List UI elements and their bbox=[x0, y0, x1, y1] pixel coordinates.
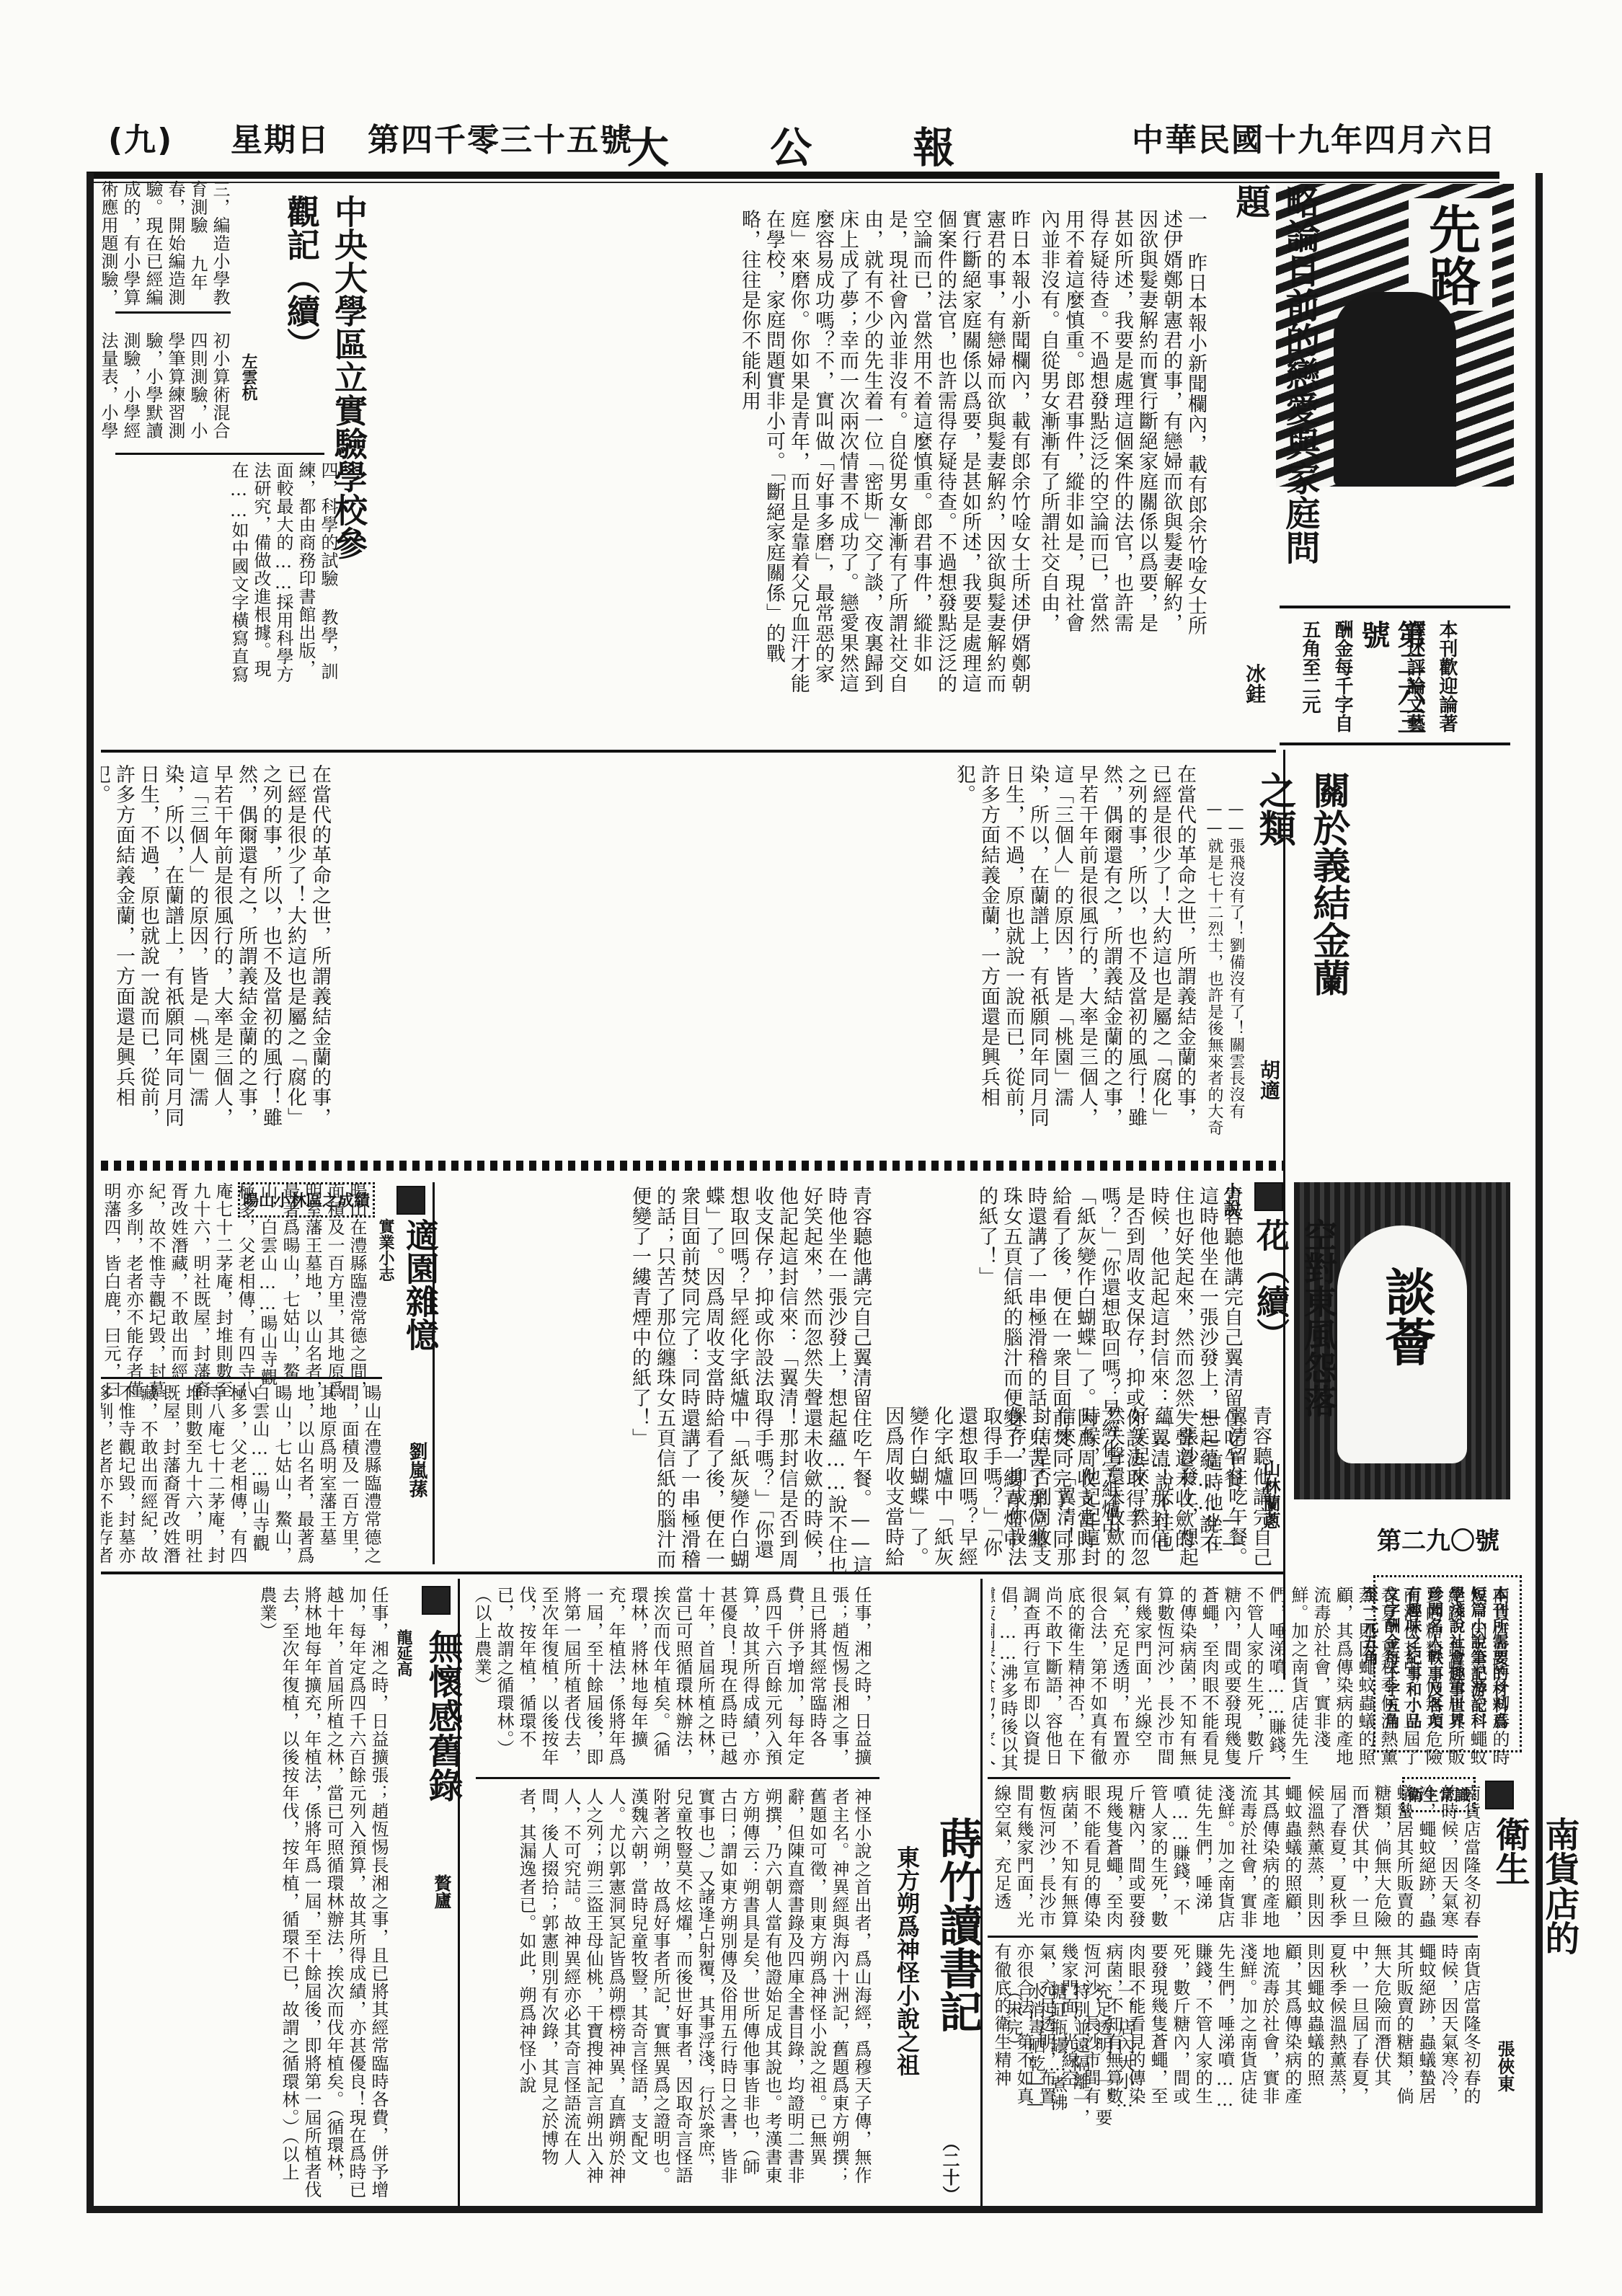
yijie-epigraph-2: ——就是七十二烈士，也許是後無來者的大奇蹟， bbox=[1204, 800, 1226, 1139]
divider bbox=[115, 453, 324, 455]
shiyuan-body: 暘山在澧縣臨澧常德之間，面積及一百方里，其地原爲明室藩王墓地，以山名者，最著爲暘… bbox=[101, 1182, 368, 1399]
divider bbox=[988, 1936, 1478, 1938]
xianlu-author: 冰銈 bbox=[1240, 663, 1269, 704]
page-frame-left bbox=[87, 173, 94, 2213]
section-number: 一 bbox=[1184, 209, 1207, 229]
section-badge-icon bbox=[422, 1586, 451, 1615]
issue-number: 第四千零三十五號 bbox=[368, 114, 633, 160]
reading-notes-column-title: 蒔竹讀書記 bbox=[926, 1817, 988, 2134]
tanhui-art-title: 談薈 bbox=[1366, 1262, 1448, 1371]
masthead-rule-thin bbox=[87, 182, 1499, 183]
xianlu-article-body-continued: 昨日本報小新聞欄內，載有郎余竹唫女士所述伊婿鄭朝憲君的事，有戀婦而欲與髮妻解約，… bbox=[339, 209, 1031, 699]
yijie-article-title: 關於義結金蘭之類 bbox=[1247, 771, 1355, 1009]
tanhui-story-body-continued: 青容聽他講完自己翼清留住吃午餐。——這時他坐在一張沙發上，想起蘊……說不住也好笑… bbox=[883, 1406, 1272, 1572]
weekday: 星期日 bbox=[231, 114, 330, 160]
section-badge-icon bbox=[1254, 1182, 1283, 1211]
shiyuan-body-continued: 暘山在澧縣臨澧常德之間，面積及一百方里，其地原爲明室藩王墓地，以山名者，最著爲暘… bbox=[101, 1384, 382, 1564]
masthead-rule bbox=[87, 172, 1499, 179]
yijie-epigraph-1: ——張飛沒有了！劉備沒有了！關雲長沒有了！ bbox=[1226, 800, 1247, 1139]
xianlu-notice-line3: 酬金每千字自 bbox=[1326, 620, 1358, 743]
wuhuai-second-author: 贅廬 bbox=[429, 1874, 454, 1909]
page-frame-bottom bbox=[87, 2206, 1543, 2213]
tanhui-issue-number: 第二九〇號 bbox=[1377, 1521, 1499, 1556]
xianlu-notice-line1: 本刊歡迎論著 bbox=[1431, 620, 1463, 743]
figure-silhouette-icon bbox=[1334, 292, 1456, 487]
page-number: (九) bbox=[108, 114, 173, 160]
divider bbox=[476, 1777, 879, 1779]
wuhuai-body: 任事，湘之時，日益擴張；趙恆惕長湘之事，且已將其經常臨時各費，併予增加，每年定爲… bbox=[101, 1586, 389, 2199]
date: 中華民國十九年四月六日 bbox=[1132, 114, 1497, 160]
divider bbox=[988, 1777, 1290, 1779]
newspaper-page: (九) 星期日 第四千零三十五號 大 公 報 中華民國十九年四月六日 先路 本刊… bbox=[0, 0, 1622, 2296]
xianlu-issue-number: 第二六三號 bbox=[1355, 620, 1427, 743]
reading-notes-article-title: 東方朔爲神怪小說之祖 bbox=[890, 1845, 923, 2076]
masthead: (九) 星期日 第四千零三十五號 大 公 報 中華民國十九年四月六日 bbox=[108, 108, 1543, 166]
reading-notes-installment: （二十） bbox=[937, 2134, 962, 2203]
ornamental-diamond-divider bbox=[101, 1161, 1283, 1171]
shiyuan-subtitle: 實業小志 bbox=[375, 1218, 397, 1282]
column-divider bbox=[980, 1579, 983, 2206]
divider bbox=[101, 1377, 382, 1379]
cu-author: 左雲杭 bbox=[238, 353, 260, 401]
hygiene-rules: 一，店內大小…充足透明。一，要特別並遠隔離一，糖缸瓶罎…煮沸水消毒晒乾——（未完… bbox=[991, 1982, 1135, 2127]
wuhuai-title: 無懷感舊錄 bbox=[418, 1629, 468, 1874]
yijie-article-body-continued: 在當代的革命之世，所謂義結金蘭的事，已經是很少了！大約這也是屬之「腐化」之列的事… bbox=[101, 764, 332, 1139]
cu-section-3: 三，編造小學教育測驗 九年春，開始編造測驗。現在已經編成的，有小學算術應用題測驗… bbox=[101, 180, 231, 317]
divider bbox=[101, 1572, 1283, 1574]
tanhui-story-body-more: 青容聽他講完自己翼清留住吃午餐。——這時他坐在一張沙發上，想起蘊……說不住也好笑… bbox=[447, 1186, 872, 1575]
cu-section-3-continued: 初小算術混合四則測驗，小學筆算練習測驗，小學默讀測驗，小學經法量表，小學正書量表… bbox=[101, 332, 231, 447]
xianlu-notice-line4: 五角至二元 bbox=[1294, 620, 1326, 743]
divider bbox=[1280, 606, 1510, 608]
divider bbox=[115, 311, 231, 314]
yijie-article-body: 在當代的革命之世，所謂義結金蘭的事，已經是很少了！大約這也是屬之「腐化」之列的事… bbox=[339, 764, 1197, 1139]
cu-section-4: 四，科學的試驗 教學，訓練，都由商務印書館出版，面較最大的……採用科學方法研究，… bbox=[101, 461, 339, 685]
yijie-author: 胡適 bbox=[1254, 1060, 1283, 1100]
xianlu-article-body: 一 昨日本報小新聞欄內，載有郎余竹唫女士所述伊婿鄭朝憲君的事，有戀婦而欲與髮妻解… bbox=[1042, 209, 1207, 649]
wuhuai-author: 龍延高 bbox=[393, 1629, 415, 1677]
shiyuan-author: 劉嵐蓀 bbox=[404, 1442, 430, 1498]
paper-name: 大 公 報 bbox=[627, 114, 998, 174]
shiyuan-title: 適園雜憶 bbox=[396, 1218, 444, 1384]
divider bbox=[101, 750, 1276, 753]
xianlu-article-title: 略論目前的戀愛與家庭問題 bbox=[1226, 184, 1325, 588]
divider bbox=[1280, 743, 1510, 745]
hygiene-title: 南貨店的衛生 bbox=[1485, 1817, 1585, 1961]
hygiene-author: 張俠東 bbox=[1492, 2040, 1517, 2092]
section-badge-icon bbox=[396, 1186, 425, 1215]
reading-notes-body: 神怪小說之首出者，爲山海經，爲穆天子傳，無作者主名。神異經與海內十洲記，舊題爲東… bbox=[469, 1788, 872, 2191]
section-badge-icon bbox=[1485, 1781, 1514, 1809]
column-divider bbox=[1283, 750, 1285, 1680]
wuhuai-body-continued: 任事，湘之時，日益擴張；趙恆惕長湘之事，且已將其經常臨時各費，併予增加，每年定爲… bbox=[469, 1586, 872, 1773]
hygiene-body: 南貨店當隆冬初春的時候，因天氣寒冷，蠅蚊絕跡，蟲蟻蟄居其所販賣的糖類，倘無大危險… bbox=[991, 1784, 1481, 1928]
hygiene-body-top: 南貨店當隆冬初春的時候，因天氣寒冷，蠅蚊絕跡，蟲蟻蟄居其所販賣的糖類，倘無大危險… bbox=[991, 1586, 1510, 1773]
xianlu-body-text: 昨日本報小新聞欄內，載有郎余竹唫女士所述伊婿鄭朝憲君的事，有戀婦而欲與髮妻解約，… bbox=[1042, 209, 1207, 644]
